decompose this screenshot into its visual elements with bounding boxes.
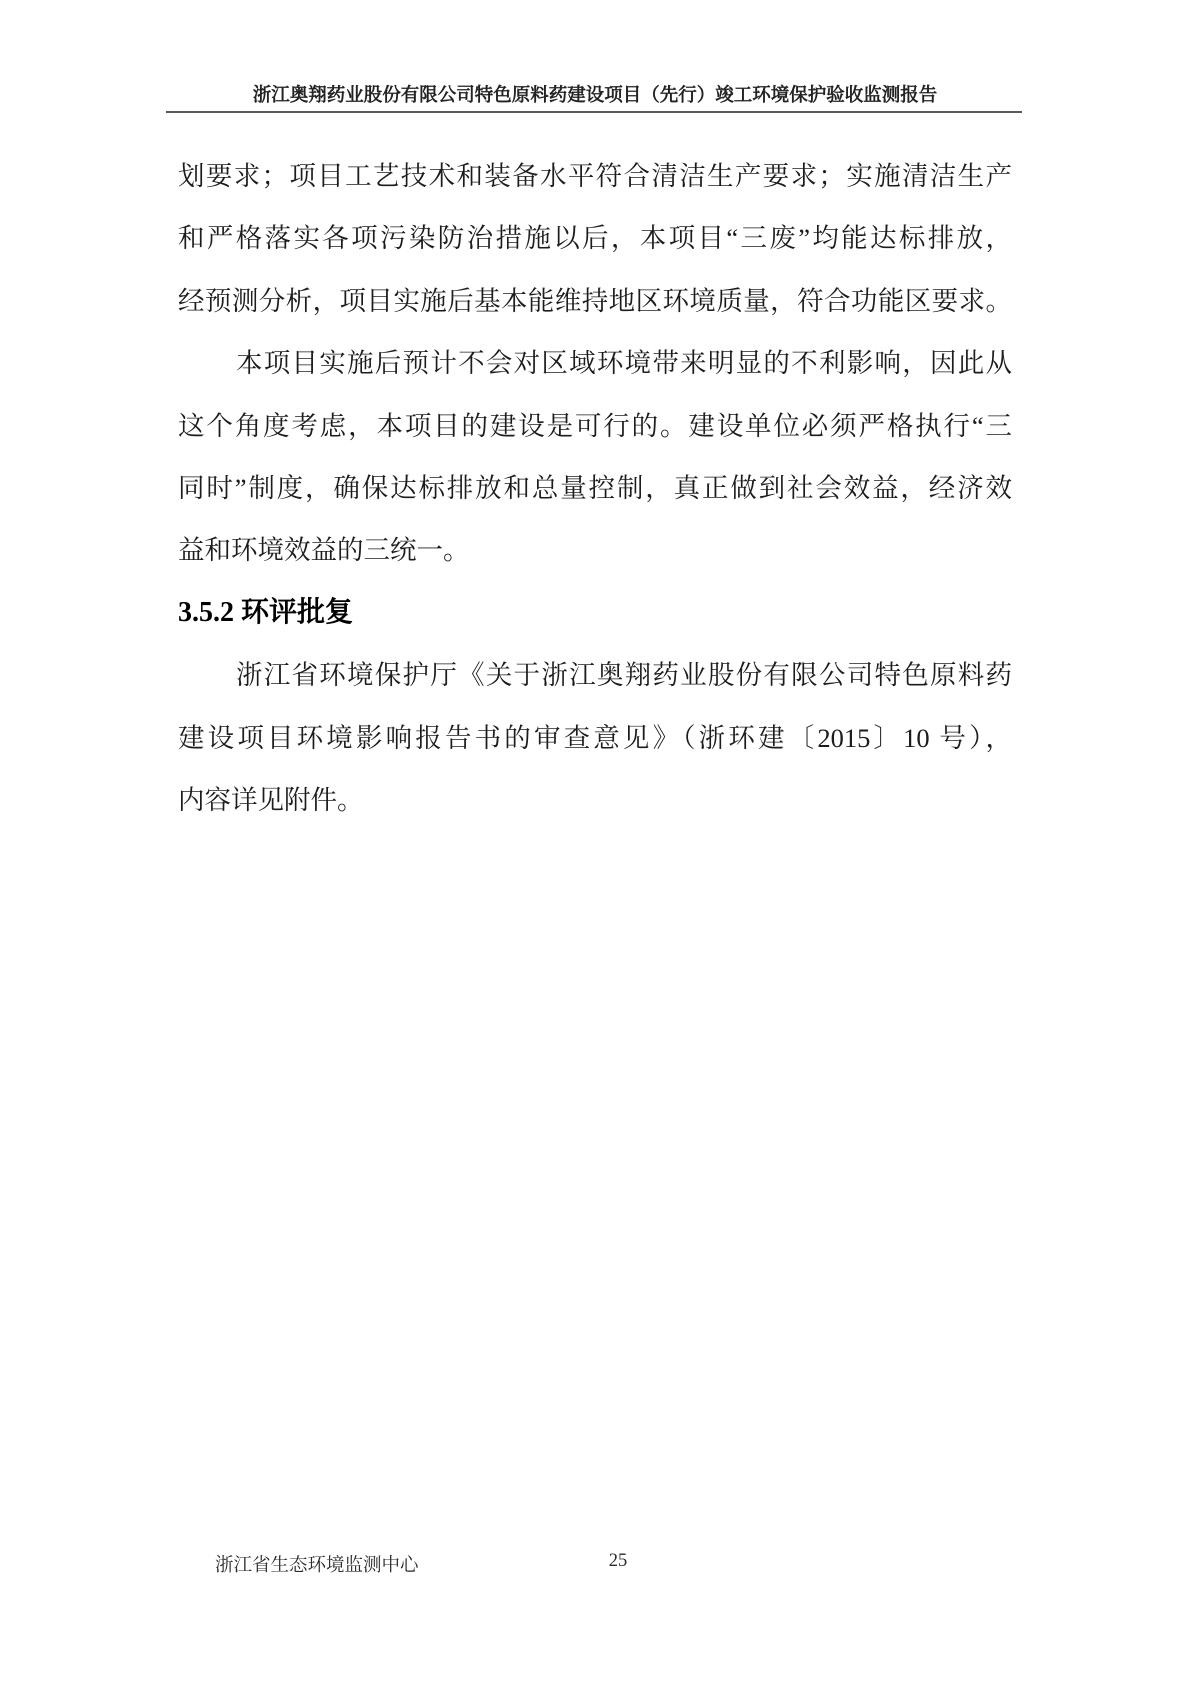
body-line: 内容详见附件。: [178, 769, 1012, 831]
header-title: 浙江奥翔药业股份有限公司特色原料药建设项目（先行）竣工环境保护验收监测报告: [178, 81, 1012, 107]
body-line: 划要求；项目工艺技术和装备水平符合清洁生产要求；实施清洁生产: [178, 145, 1012, 207]
page-number: 25: [178, 1551, 1058, 1572]
body-line: 经预测分析，项目实施后基本能维持地区环境质量，符合功能区要求。: [178, 270, 1012, 332]
body-line: 同时”制度，确保达标排放和总量控制，真正做到社会效益，经济效: [178, 457, 1012, 519]
body-line: 浙江省环境保护厅《关于浙江奥翔药业股份有限公司特色原料药: [178, 644, 1012, 706]
body-line: 和严格落实各项污染防治措施以后，本项目“三废”均能达标排放，: [178, 207, 1012, 269]
document-page: 浙江奥翔药业股份有限公司特色原料药建设项目（先行）竣工环境保护验收监测报告 划要…: [0, 0, 1190, 1683]
header-rule: [166, 111, 1022, 113]
body-line: 本项目实施后预计不会对区域环境带来明显的不利影响，因此从: [178, 332, 1012, 394]
body-line: 益和环境效益的三统一。: [178, 519, 1012, 581]
body-line: 这个角度考虑，本项目的建设是可行的。建设单位必须严格执行“三: [178, 395, 1012, 457]
body-line: 建设项目环境影响报告书的审查意见》（浙环建〔2015〕10 号），: [178, 707, 1012, 769]
section-heading: 3.5.2 环评批复: [178, 582, 1012, 644]
document-body: 划要求；项目工艺技术和装备水平符合清洁生产要求；实施清洁生产 和严格落实各项污染…: [178, 145, 1012, 831]
